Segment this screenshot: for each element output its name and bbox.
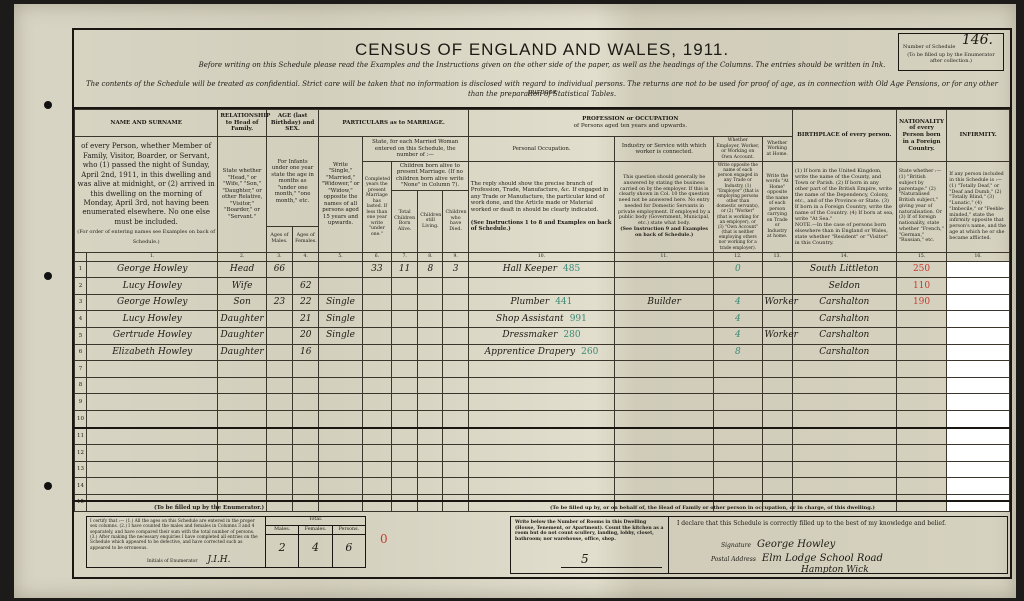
census-schedule-page: CENSUS OF ENGLAND AND WALES, 1911. Befor… [14, 4, 1016, 598]
cell-name [87, 411, 218, 428]
cell-female: 22 [293, 294, 319, 311]
signature-line: SignatureGeorge Howley [721, 539, 835, 550]
cell-male [266, 344, 292, 361]
col-infirmity-heading: INFIRMITY. [947, 110, 1010, 162]
cell-occ [468, 394, 614, 411]
col-nationality-heading: NATIONALITY of every Person born in a Fo… [896, 110, 946, 162]
cell-rel [218, 428, 266, 445]
cell-name [87, 377, 218, 394]
cell-occ: Dressmaker280 [468, 328, 614, 345]
rooms-count: 5 [581, 552, 589, 567]
cell-years [362, 377, 391, 394]
total-females: 4 [299, 534, 332, 567]
cell-living [418, 328, 443, 345]
cell-rel: Daughter [218, 344, 266, 361]
col-personal-occupation-desc: The reply should show the precise branch… [468, 162, 614, 253]
cell-n: 1 [75, 261, 87, 278]
cell-employer [762, 278, 792, 295]
address-line-1: Elm Lodge School Road [762, 553, 883, 564]
cell-living [418, 411, 443, 428]
cell-infirmity [947, 478, 1010, 495]
cell-nationality [896, 311, 946, 328]
cell-name: Gertrude Howley [87, 328, 218, 345]
col-marriage-write: Write "Single," "Married," "Widower," or… [319, 137, 362, 253]
cell-born [392, 428, 418, 445]
cell-name: Lucy Howley [87, 311, 218, 328]
cell-born [392, 394, 418, 411]
cell-living [418, 294, 443, 311]
cell-n: 9 [75, 394, 87, 411]
cell-cond [319, 394, 362, 411]
cell-cond [319, 478, 362, 495]
cell-infirmity [947, 377, 1010, 394]
instructions-line-1: Before writing on this Schedule please r… [74, 61, 1010, 69]
declaration-text: I declare that this Schedule is correctl… [677, 520, 946, 527]
head-declaration-box: Write below the Number of Rooms in this … [510, 516, 1008, 574]
cell-female [293, 411, 319, 428]
cell-emp_code [714, 361, 762, 378]
cell-occ [468, 377, 614, 394]
cell-birthplace: Carshalton [792, 328, 896, 345]
cell-industry [615, 394, 714, 411]
cell-industry [615, 344, 714, 361]
cell-name [87, 445, 218, 462]
cell-n: 2 [75, 278, 87, 295]
cell-cond [319, 428, 362, 445]
cell-industry [615, 328, 714, 345]
document-title: CENSUS OF ENGLAND AND WALES, 1911. [74, 40, 1010, 60]
cell-died [443, 377, 468, 394]
cell-cond [319, 261, 362, 278]
cell-living [418, 478, 443, 495]
cell-industry [615, 278, 714, 295]
instructions-line-3: than the preparation of Statistical Tabl… [74, 90, 1010, 98]
enumerator-certification-box: I certify that :— (1.) All the ages on t… [86, 516, 366, 568]
cell-years [362, 328, 391, 345]
cell-rel [218, 478, 266, 495]
cell-female: 20 [293, 328, 319, 345]
enumerator-caption: (To be filled up by the Enumerator.) [154, 505, 264, 511]
cell-birthplace [792, 445, 896, 462]
cell-industry [615, 377, 714, 394]
cell-female [293, 261, 319, 278]
cell-occ: Apprentice Drapery260 [468, 344, 614, 361]
cell-nationality [896, 344, 946, 361]
cell-years: 33 [362, 261, 391, 278]
enumerator-initials: Initials of EnumeratorJ.I.H. [147, 555, 230, 565]
cell-n: 10 [75, 411, 87, 428]
cell-employer: Worker [762, 328, 792, 345]
cell-living [418, 278, 443, 295]
enumerator-certify-text: I certify that :— (1.) All the ages on t… [90, 519, 260, 551]
cell-employer [762, 411, 792, 428]
cell-name: George Howley [87, 261, 218, 278]
cell-died [443, 361, 468, 378]
cell-born [392, 377, 418, 394]
cell-male: 66 [266, 261, 292, 278]
cell-rel [218, 361, 266, 378]
cell-rel: Head [218, 261, 266, 278]
col-infirmity-desc: If any person included in this Schedule … [947, 162, 1010, 253]
cell-n: 13 [75, 461, 87, 478]
cell-name [87, 478, 218, 495]
cell-female: 16 [293, 344, 319, 361]
schedule-number-box: Number of Schedule 146. (To be filled up… [898, 33, 1004, 71]
cell-n: 14 [75, 478, 87, 495]
cell-male [266, 411, 292, 428]
cell-rel: Daughter [218, 311, 266, 328]
cell-emp_code [714, 461, 762, 478]
table-row: 5Gertrude HowleyDaughter20SingleDressmak… [75, 328, 1010, 345]
red-mark: 0 [380, 532, 388, 546]
cell-birthplace: Carshalton [792, 311, 896, 328]
cell-born [392, 361, 418, 378]
cell-died [443, 478, 468, 495]
cell-cond [319, 278, 362, 295]
cell-died [443, 461, 468, 478]
females-label: Females. [299, 525, 332, 534]
col-employer: Whether Employer, Worker, or Working on … [714, 137, 762, 162]
table-row: 14 [75, 478, 1010, 495]
cell-infirmity [947, 428, 1010, 445]
col-age-description: For Infants under one year state the age… [266, 137, 319, 227]
cell-living: 8 [418, 261, 443, 278]
col-relationship-description: State whether "Head," or "Wife," "Son," … [218, 137, 266, 253]
cell-rel [218, 411, 266, 428]
table-row: 7 [75, 361, 1010, 378]
cell-n: 3 [75, 294, 87, 311]
cell-name: Elizabeth Howley [87, 344, 218, 361]
cell-born [392, 278, 418, 295]
table-row: 12 [75, 445, 1010, 462]
cell-years [362, 411, 391, 428]
cell-died [443, 278, 468, 295]
col-marriage-completed: Completed years the present Marriage has… [362, 162, 391, 253]
cell-cond [319, 344, 362, 361]
cell-male [266, 478, 292, 495]
cell-industry [615, 428, 714, 445]
col-name-heading: NAME AND SURNAME [75, 110, 218, 137]
cell-cond [319, 411, 362, 428]
cell-living [418, 428, 443, 445]
address-line-2: Hampton Wick [801, 565, 869, 575]
cell-birthplace [792, 394, 896, 411]
cell-nationality: 190 [896, 294, 946, 311]
cell-infirmity [947, 461, 1010, 478]
cell-years [362, 428, 391, 445]
cell-emp_code: 4 [714, 328, 762, 345]
schedule-number: 146. [962, 32, 993, 48]
table-row: 10 [75, 411, 1010, 428]
cell-cond [319, 361, 362, 378]
col-at-home: Whether Working at Home. [762, 137, 792, 162]
cell-industry [615, 478, 714, 495]
cell-cond: Single [319, 311, 362, 328]
cell-n: 7 [75, 361, 87, 378]
cell-emp_code [714, 411, 762, 428]
cell-birthplace: Carshalton [792, 294, 896, 311]
cell-occ [468, 278, 614, 295]
cell-nationality [896, 328, 946, 345]
cell-emp_code: 4 [714, 294, 762, 311]
males-label: Males. [266, 525, 299, 534]
cell-female [293, 428, 319, 445]
cell-born [392, 328, 418, 345]
table-row: 6Elizabeth HowleyDaughter16Apprentice Dr… [75, 344, 1010, 361]
cell-emp_code [714, 445, 762, 462]
cell-female [293, 461, 319, 478]
cell-born [392, 294, 418, 311]
cell-male [266, 278, 292, 295]
cell-rel: Wife [218, 278, 266, 295]
signature: George Howley [757, 539, 835, 550]
persons-label: Persons. [333, 525, 365, 534]
cell-n: 5 [75, 328, 87, 345]
cell-male: 23 [266, 294, 292, 311]
table-row: 3George HowleySon2322SinglePlumber441Bui… [75, 294, 1010, 311]
cell-rel: Daughter [218, 328, 266, 345]
cell-birthplace [792, 411, 896, 428]
cell-name [87, 361, 218, 378]
cell-male [266, 311, 292, 328]
col-birthplace-heading: BIRTHPLACE of every person. [792, 110, 896, 162]
cell-birthplace: Seldon [792, 278, 896, 295]
cell-emp_code [714, 377, 762, 394]
cell-emp_code [714, 478, 762, 495]
cell-nationality [896, 428, 946, 445]
table-row: 1George HowleyHead66331183Hall Keeper485… [75, 261, 1010, 278]
col-relationship-heading: RELATIONSHIP to Head of Family. [218, 110, 266, 137]
cell-emp_code: 8 [714, 344, 762, 361]
cell-employer [762, 478, 792, 495]
cell-employer: Worker [762, 294, 792, 311]
cell-emp_code [714, 278, 762, 295]
cell-female [293, 478, 319, 495]
col-industry: Industry or Service with which worker is… [615, 137, 714, 162]
cell-years [362, 394, 391, 411]
cell-female [293, 394, 319, 411]
cell-living [418, 377, 443, 394]
cell-cond: Single [319, 294, 362, 311]
col-age-females: Ages of Females. [293, 226, 319, 252]
col-occupation-heading: PROFESSION or OCCUPATIONof Persons aged … [468, 110, 792, 137]
col-marriage-children: Children born alive to present Marriage.… [392, 162, 469, 191]
cell-born: 11 [392, 261, 418, 278]
table-row: 11 [75, 428, 1010, 445]
cell-years [362, 311, 391, 328]
col-industry-desc: This question should generally be answer… [615, 162, 714, 253]
cell-cond [319, 377, 362, 394]
cell-industry: Builder [615, 294, 714, 311]
col-employer-desc: Write opposite the name of each person e… [714, 162, 762, 253]
cell-infirmity [947, 344, 1010, 361]
cell-employer [762, 428, 792, 445]
cell-name [87, 461, 218, 478]
cell-infirmity [947, 294, 1010, 311]
cell-born [392, 445, 418, 462]
cell-rel [218, 445, 266, 462]
cell-nationality [896, 411, 946, 428]
cell-born [392, 411, 418, 428]
postal-address-line: Postal AddressElm Lodge School Road [711, 553, 883, 564]
cell-died [443, 394, 468, 411]
cell-rel [218, 461, 266, 478]
col-total-children: Total Children Born Alive. [392, 190, 418, 252]
cell-occ [468, 461, 614, 478]
cell-nationality: 250 [896, 261, 946, 278]
cell-employer [762, 344, 792, 361]
cell-employer [762, 377, 792, 394]
schedule-frame: CENSUS OF ENGLAND AND WALES, 1911. Befor… [72, 28, 1012, 579]
cell-employer [762, 394, 792, 411]
cell-male [266, 461, 292, 478]
cell-occ [468, 361, 614, 378]
cell-nationality [896, 361, 946, 378]
cell-infirmity [947, 394, 1010, 411]
cell-n: 4 [75, 311, 87, 328]
cell-died [443, 328, 468, 345]
total-persons: 6 [333, 534, 365, 567]
cell-nationality [896, 478, 946, 495]
cell-n: 6 [75, 344, 87, 361]
cell-industry [615, 445, 714, 462]
cell-nationality [896, 394, 946, 411]
cell-employer [762, 311, 792, 328]
cell-occ [468, 428, 614, 445]
cell-nationality [896, 461, 946, 478]
col-marriage-state: State, for each Married Woman entered on… [362, 137, 468, 162]
rooms-box: Write below the Number of Rooms in this … [511, 517, 669, 573]
cell-female [293, 361, 319, 378]
table-row: 8 [75, 377, 1010, 394]
cell-years [362, 294, 391, 311]
cell-industry [615, 311, 714, 328]
cell-name: Lucy Howley [87, 278, 218, 295]
cell-rel [218, 377, 266, 394]
cell-industry [615, 361, 714, 378]
cell-employer [762, 261, 792, 278]
cell-years [362, 361, 391, 378]
cell-nationality [896, 377, 946, 394]
cell-employer [762, 461, 792, 478]
cell-infirmity [947, 311, 1010, 328]
cell-employer [762, 445, 792, 462]
table-row: 2Lucy HowleyWife62Seldon110 [75, 278, 1010, 295]
punch-hole [44, 101, 52, 109]
col-name-description: of every Person, whether Member of Famil… [75, 137, 218, 253]
cell-cond: Single [319, 328, 362, 345]
cell-emp_code: 4 [714, 311, 762, 328]
col-nationality-desc: State whether :— (1) "British subject by… [896, 162, 946, 253]
cell-occ [468, 411, 614, 428]
cell-male [266, 445, 292, 462]
cell-female: 62 [293, 278, 319, 295]
head-caption: (To be filled up by, or on behalf of, th… [550, 505, 875, 511]
cell-years [362, 478, 391, 495]
cell-born [392, 344, 418, 361]
schedule-number-note: (To be filled up by the Enumerator after… [903, 52, 999, 64]
cell-name: George Howley [87, 294, 218, 311]
cell-infirmity [947, 261, 1010, 278]
cell-born [392, 311, 418, 328]
col-marriage-heading: PARTICULARS as to MARRIAGE. [319, 110, 468, 137]
cell-industry [615, 461, 714, 478]
cell-living [418, 445, 443, 462]
punch-hole [44, 272, 52, 280]
cell-n: 12 [75, 445, 87, 462]
cell-died [443, 311, 468, 328]
cell-emp_code: 0 [714, 261, 762, 278]
footer-section: (To be filled up by the Enumerator.) I c… [74, 500, 1010, 579]
cell-n: 11 [75, 428, 87, 445]
totals-table: Total. Males. Females. Persons. 2 4 6 [265, 517, 365, 567]
cell-died: 3 [443, 261, 468, 278]
cell-infirmity [947, 445, 1010, 462]
cell-infirmity [947, 411, 1010, 428]
col-children-living: Children still Living. [418, 190, 443, 252]
cell-male [266, 377, 292, 394]
cell-occ [468, 445, 614, 462]
cell-n: 8 [75, 377, 87, 394]
cell-female [293, 445, 319, 462]
cell-living [418, 344, 443, 361]
cell-male [266, 328, 292, 345]
cell-infirmity [947, 278, 1010, 295]
col-age-males: Ages of Males. [266, 226, 292, 252]
column-number-row: 1. 2. 3. 4. 5. 6. 7. 8. 9. 10. 11. 12. 1… [75, 252, 1010, 261]
cell-years [362, 461, 391, 478]
cell-rel: Son [218, 294, 266, 311]
cell-male [266, 361, 292, 378]
col-age-heading: AGE (last Birthday) and SEX. [266, 110, 319, 137]
cell-living [418, 311, 443, 328]
cell-birthplace [792, 461, 896, 478]
cell-nationality [896, 445, 946, 462]
cell-died [443, 411, 468, 428]
cell-years [362, 344, 391, 361]
cell-emp_code [714, 428, 762, 445]
cell-name [87, 394, 218, 411]
cell-occ: Plumber441 [468, 294, 614, 311]
cell-female: 21 [293, 311, 319, 328]
cell-died [443, 445, 468, 462]
cell-died [443, 428, 468, 445]
cell-birthplace [792, 377, 896, 394]
cell-occ: Hall Keeper485 [468, 261, 614, 278]
cell-living [418, 461, 443, 478]
cell-industry [615, 411, 714, 428]
cell-died [443, 344, 468, 361]
table-row: 4Lucy HowleyDaughter21SingleShop Assista… [75, 311, 1010, 328]
cell-infirmity [947, 361, 1010, 378]
cell-birthplace [792, 428, 896, 445]
cell-cond [319, 461, 362, 478]
cell-occ: Shop Assistant991 [468, 311, 614, 328]
cell-occ [468, 478, 614, 495]
col-birthplace-desc: (1) If born in the United Kingdom, write… [792, 162, 896, 253]
cell-cond [319, 445, 362, 462]
cell-born [392, 478, 418, 495]
cell-living [418, 361, 443, 378]
cell-birthplace: South Littleton [792, 261, 896, 278]
col-at-home-desc: Write the words "At Home" opposite the n… [762, 162, 792, 253]
cell-birthplace [792, 478, 896, 495]
cell-industry [615, 261, 714, 278]
table-row: 13 [75, 461, 1010, 478]
cell-employer [762, 361, 792, 378]
cell-female [293, 377, 319, 394]
punch-hole [44, 482, 52, 490]
